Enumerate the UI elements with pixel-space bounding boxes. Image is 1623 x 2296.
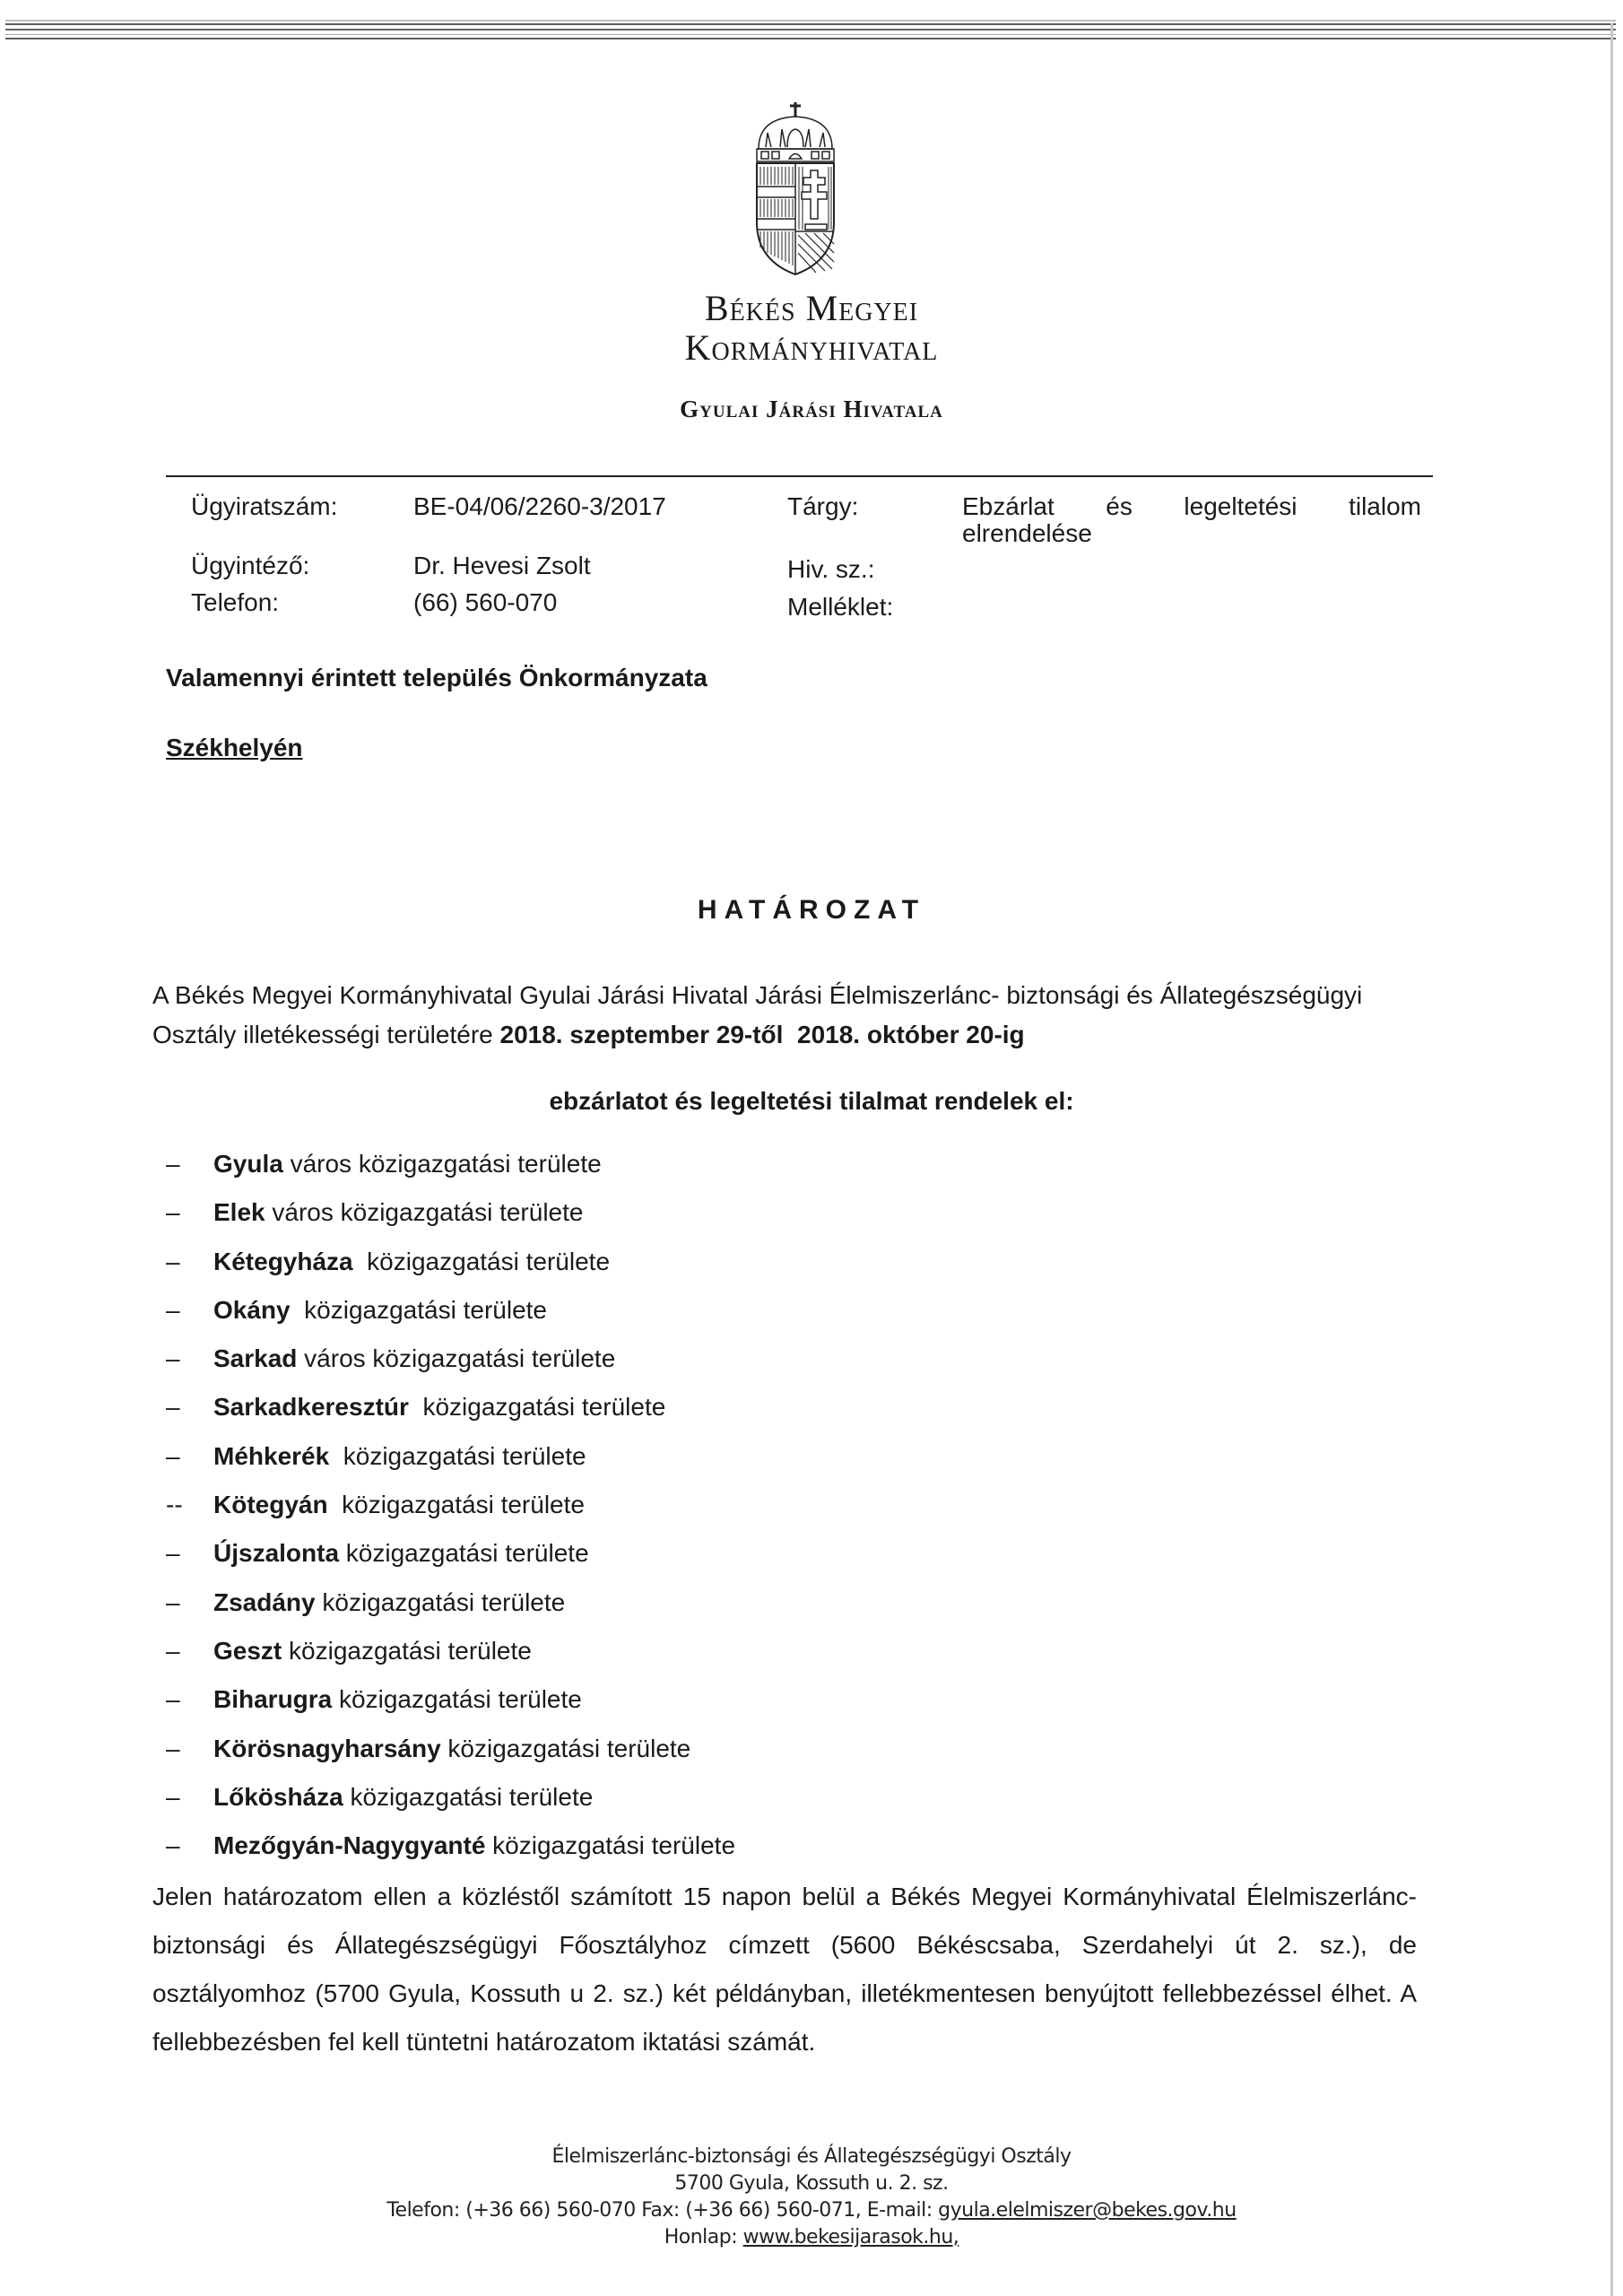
appeal-notice: Jelen határozatom ellen a közléstől szám… <box>152 1873 1417 2066</box>
town-name: Kétegyháza <box>213 1248 353 1275</box>
list-dash: – <box>166 1535 180 1571</box>
phone-number: (66) 560-070 <box>413 587 557 618</box>
town-suffix: város közigazgatási területe <box>265 1198 584 1226</box>
town-name: Sarkad <box>213 1344 297 1372</box>
list-item: –Sarkadkeresztúr közigazgatási területe <box>161 1389 1058 1438</box>
decision-heading: HATÁROZAT <box>0 895 1623 926</box>
officer-name: Dr. Hevesi Zsolt <box>413 551 591 581</box>
list-dash: – <box>166 1828 180 1864</box>
list-dash: – <box>166 1389 180 1425</box>
list-dash: – <box>166 1195 180 1231</box>
reference-label: Hiv. sz.: <box>787 554 874 585</box>
town-suffix: közigazgatási területe <box>328 1491 585 1518</box>
org-name-line1: Békés Megyei <box>0 289 1623 328</box>
date-from: 2018. szeptember 29-től <box>500 1021 784 1048</box>
town-suffix: város közigazgatási területe <box>297 1344 615 1372</box>
list-item: –Mezőgyán-Nagygyanté közigazgatási terül… <box>161 1828 1058 1876</box>
list-item: –Geszt közigazgatási területe <box>161 1633 1058 1682</box>
town-name: Lőkösháza <box>213 1783 343 1811</box>
order-statement: ebzárlatot és legeltetési tilalmat rende… <box>0 1087 1623 1116</box>
list-dash: – <box>166 1244 180 1280</box>
list-dash: – <box>166 1779 180 1815</box>
list-dash: – <box>166 1731 180 1767</box>
website-label: Honlap: <box>664 2226 743 2248</box>
subject-label: Tárgy: <box>787 491 858 522</box>
list-dash: – <box>166 1585 180 1621</box>
town-name: Zsadány <box>213 1588 316 1616</box>
town-suffix: közigazgatási területe <box>282 1637 532 1665</box>
town-name: Méhkerék <box>213 1442 329 1470</box>
list-dash: – <box>166 1682 180 1718</box>
town-name: Kötegyán <box>213 1491 328 1518</box>
officer-label: Ügyintéző: <box>191 551 309 581</box>
town-name: Geszt <box>213 1637 282 1665</box>
town-suffix: közigazgatási területe <box>485 1831 735 1859</box>
recipient: Valamennyi érintett település Önkormányz… <box>166 664 707 692</box>
footer-department: Élelmiszerlánc-biztonsági és Állategészs… <box>0 2144 1623 2170</box>
footer-address: 5700 Gyula, Kossuth u. 2. sz. <box>0 2170 1623 2197</box>
date-to: 2018. október 20-ig <box>797 1021 1025 1048</box>
list-dash: – <box>166 1439 180 1474</box>
list-item: –Biharugra közigazgatási területe <box>161 1682 1058 1730</box>
subject-value: Ebzárlat és legeltetési tilalom elrendel… <box>962 493 1421 547</box>
header-divider <box>166 475 1433 477</box>
list-dash: – <box>166 1146 180 1182</box>
town-name: Sarkadkeresztúr <box>213 1393 409 1421</box>
recipient-location: Székhelyén <box>166 734 303 762</box>
town-suffix: közigazgatási területe <box>343 1783 594 1811</box>
town-suffix: közigazgatási területe <box>339 1539 589 1567</box>
town-name: Mezőgyán-Nagygyanté <box>213 1831 485 1859</box>
list-item: –Méhkerék közigazgatási területe <box>161 1439 1058 1487</box>
town-list: –Gyula város közigazgatási területe –Ele… <box>161 1146 1058 1876</box>
org-name-line2: Kormányhivatal <box>0 328 1623 368</box>
decision-intro: A Békés Megyei Kormányhivatal Gyulai Jár… <box>152 976 1444 1055</box>
hungarian-coat-of-arms-icon <box>746 97 845 276</box>
footer: Élelmiszerlánc-biztonsági és Állategészs… <box>0 2144 1623 2251</box>
list-item: –Okány közigazgatási területe <box>161 1292 1058 1341</box>
town-suffix: közigazgatási területe <box>329 1442 586 1470</box>
town-name: Körösnagyharsány <box>213 1735 441 1762</box>
town-name: Elek <box>213 1198 265 1226</box>
scan-artifact-lines <box>5 13 1616 48</box>
town-suffix: közigazgatási területe <box>291 1296 547 1324</box>
list-item: –Körösnagyharsány közigazgatási területe <box>161 1731 1058 1779</box>
phone-label: Telefon: <box>191 587 279 618</box>
list-item: –Kétegyháza közigazgatási területe <box>161 1244 1058 1292</box>
list-dash: – <box>166 1292 180 1328</box>
list-dash: -- <box>166 1487 183 1523</box>
list-item: --Kötegyán közigazgatási területe <box>161 1487 1058 1535</box>
footer-phone-fax: Telefon: (+36 66) 560-070 Fax: (+36 66) … <box>386 2199 938 2222</box>
town-suffix: közigazgatási területe <box>332 1685 582 1713</box>
town-name: Gyula <box>213 1150 283 1178</box>
town-suffix: közigazgatási területe <box>353 1248 610 1275</box>
town-suffix: közigazgatási területe <box>441 1735 691 1762</box>
list-item: –Gyula város közigazgatási területe <box>161 1146 1058 1195</box>
list-item: –Elek város közigazgatási területe <box>161 1195 1058 1243</box>
list-item: –Sarkad város közigazgatási területe <box>161 1341 1058 1389</box>
list-item: –Zsadány közigazgatási területe <box>161 1585 1058 1633</box>
attachment-label: Melléklet: <box>787 592 893 622</box>
footer-website: Honlap: www.bekesijarasok.hu, <box>0 2224 1623 2251</box>
case-number-label: Ügyiratszám: <box>191 491 337 522</box>
town-name: Újszalonta <box>213 1539 339 1567</box>
town-name: Okány <box>213 1296 291 1324</box>
list-item: –Lőkösháza közigazgatási területe <box>161 1779 1058 1828</box>
email-link[interactable]: gyula.elelmiszer@bekes.gov.hu <box>938 2199 1237 2222</box>
list-dash: – <box>166 1633 180 1669</box>
town-suffix: város közigazgatási területe <box>283 1150 602 1178</box>
case-number: BE-04/06/2260-3/2017 <box>413 491 666 522</box>
list-dash: – <box>166 1341 180 1377</box>
list-item: –Újszalonta közigazgatási területe <box>161 1535 1058 1584</box>
org-subdivision: Gyulai Járási Hivatala <box>0 395 1623 423</box>
town-name: Biharugra <box>213 1685 332 1713</box>
town-suffix: közigazgatási területe <box>409 1393 665 1421</box>
website-link[interactable]: www.bekesijarasok.hu, <box>743 2226 959 2248</box>
town-suffix: közigazgatási területe <box>316 1588 566 1616</box>
footer-contact: Telefon: (+36 66) 560-070 Fax: (+36 66) … <box>0 2197 1623 2224</box>
